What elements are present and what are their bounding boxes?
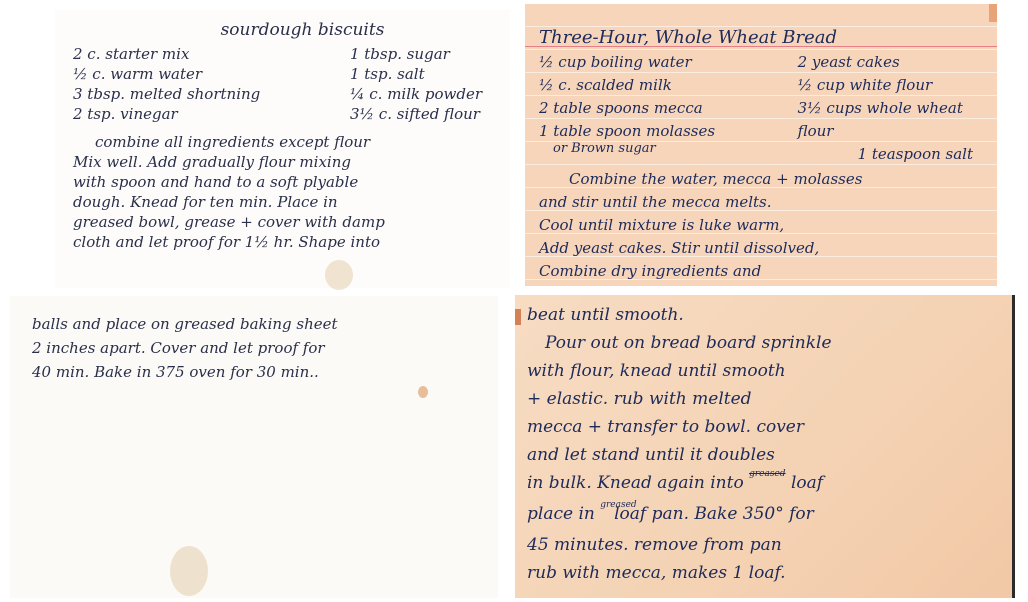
method-text: combine all ingredients except flour Mix… bbox=[73, 132, 492, 252]
method-text-part: loaf pan. Bake 350° for bbox=[614, 504, 814, 524]
struck-word: greased bbox=[749, 469, 785, 479]
ingredient: 2 table spoons mecca bbox=[539, 97, 715, 120]
method-line: 2 inches apart. Cover and let proof for bbox=[32, 336, 476, 360]
method-line: cloth and let proof for 1½ hr. Shape int… bbox=[73, 232, 492, 252]
method-line: Combine dry ingredients and bbox=[539, 260, 983, 283]
ingredient: or Brown sugar bbox=[539, 143, 715, 155]
method-line: + elastic. rub with melted bbox=[527, 385, 1000, 413]
inserted-word: greased bbox=[600, 500, 636, 510]
method-line: beat until smooth. bbox=[527, 301, 1000, 329]
method-text-part: place in bbox=[527, 504, 595, 524]
ingredient-column-right: 2 yeast cakes ½ cup white flour 3½ cups … bbox=[798, 51, 983, 166]
stain-mark bbox=[170, 546, 208, 596]
method-line: 40 min. Bake in 375 oven for 30 min.. bbox=[32, 360, 476, 384]
method-text-part: loaf bbox=[791, 473, 823, 493]
ingredient-column-right: 1 tbsp. sugar 1 tsp. salt ¼ c. milk powd… bbox=[350, 44, 492, 124]
method-line: Mix well. Add gradually flour mixing bbox=[73, 152, 492, 172]
ingredient: 2 yeast cakes bbox=[798, 51, 973, 74]
method-line: Add yeast cakes. Stir until dissolved, bbox=[539, 237, 983, 260]
ingredient: 2 c. starter mix bbox=[73, 44, 260, 64]
card-edge-mark bbox=[515, 309, 521, 325]
method-line: Pour out on bread board sprinkle bbox=[527, 329, 1000, 357]
ingredient-list: ½ cup boiling water ½ c. scalded milk 2 … bbox=[539, 51, 983, 166]
ingredient: ½ cup white flour bbox=[798, 74, 973, 97]
method-text: Combine the water, mecca + molasses and … bbox=[539, 168, 983, 283]
ingredient: ½ cup boiling water bbox=[539, 51, 715, 74]
ingredient: 3½ c. sifted flour bbox=[350, 104, 482, 124]
ingredient: 1 tsp. salt bbox=[350, 64, 482, 84]
recipe-title: Three-Hour, Whole Wheat Bread bbox=[539, 26, 983, 49]
method-line: balls and place on greased baking sheet bbox=[32, 312, 476, 336]
method-line: greased bowl, grease + cover with damp bbox=[73, 212, 492, 232]
ingredient-column-left: 2 c. starter mix ½ c. warm water 3 tbsp.… bbox=[73, 44, 260, 124]
recipe-card-bread-back: beat until smooth. Pour out on bread boa… bbox=[515, 295, 1015, 598]
ingredient: 3½ cups whole wheat bbox=[798, 97, 973, 120]
ingredient: 1 tbsp. sugar bbox=[350, 44, 482, 64]
method-line: combine all ingredients except flour bbox=[73, 132, 492, 152]
method-line: place in greased loaf pan. Bake 350° for bbox=[527, 500, 1000, 531]
method-line: and stir until the mecca melts. bbox=[539, 191, 983, 214]
card-corner-mark bbox=[989, 4, 997, 22]
ingredient: ½ c. scalded milk bbox=[539, 74, 715, 97]
recipe-card-sourdough-front: sourdough biscuits 2 c. starter mix ½ c.… bbox=[55, 10, 510, 288]
method-line: with flour, knead until smooth bbox=[527, 357, 1000, 385]
ingredient: flour bbox=[798, 120, 973, 143]
stain-mark bbox=[325, 260, 353, 290]
method-line: rub with mecca, makes 1 loaf. bbox=[527, 559, 1000, 587]
method-line: and let stand until it doubles bbox=[527, 441, 1000, 469]
ingredient: ½ c. warm water bbox=[73, 64, 260, 84]
recipe-card-bread-front: Three-Hour, Whole Wheat Bread ½ cup boil… bbox=[525, 4, 997, 286]
ingredient: 1 teaspoon salt bbox=[798, 143, 973, 166]
method-text-part: in bulk. Knead again into bbox=[527, 473, 744, 493]
method-line: mecca + transfer to bowl. cover bbox=[527, 413, 1000, 441]
ingredient: 3 tbsp. melted shortning bbox=[73, 84, 260, 104]
recipe-title: sourdough biscuits bbox=[73, 20, 492, 40]
ingredient: 1 table spoon molasses bbox=[539, 120, 715, 143]
ingredient-list: 2 c. starter mix ½ c. warm water 3 tbsp.… bbox=[73, 44, 492, 124]
method-line: with spoon and hand to a soft plyable bbox=[73, 172, 492, 192]
method-line: 45 minutes. remove from pan bbox=[527, 531, 1000, 559]
method-line: in bulk. Knead again into greased loaf bbox=[527, 469, 1000, 500]
method-line: dough. Knead for ten min. Place in bbox=[73, 192, 492, 212]
method-line: Cool until mixture is luke warm, bbox=[539, 214, 983, 237]
recipe-card-sourdough-back: balls and place on greased baking sheet … bbox=[10, 296, 498, 598]
stain-mark bbox=[418, 386, 428, 398]
ingredient-column-left: ½ cup boiling water ½ c. scalded milk 2 … bbox=[539, 51, 715, 166]
ingredient: 2 tsp. vinegar bbox=[73, 104, 260, 124]
ingredient: ¼ c. milk powder bbox=[350, 84, 482, 104]
method-line: Combine the water, mecca + molasses bbox=[539, 168, 983, 191]
